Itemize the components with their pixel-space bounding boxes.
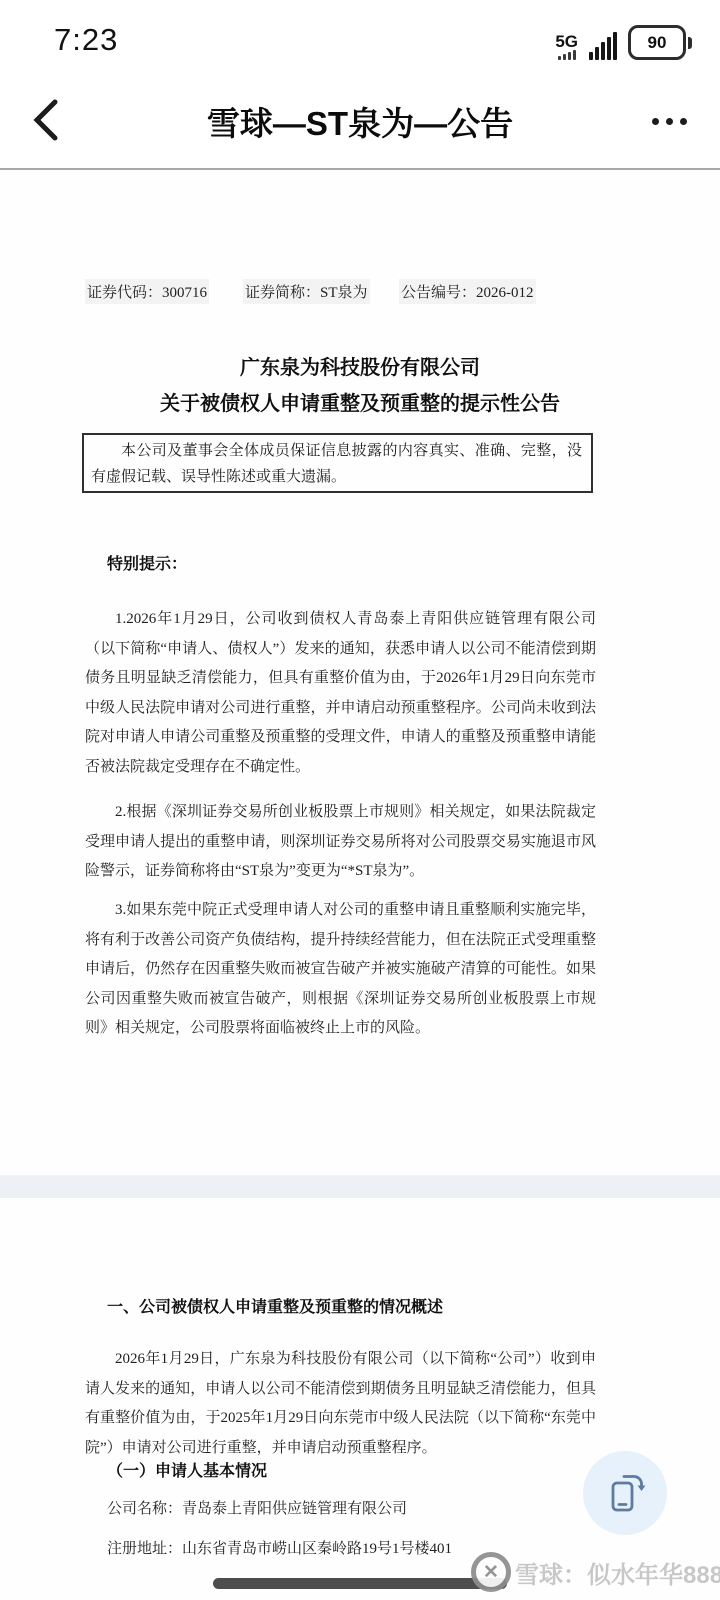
secondary-signal-icon: [558, 50, 576, 60]
app-bar: 雪球—ST泉为—公告: [0, 76, 720, 168]
status-bar: 7:23 5G 90: [0, 0, 720, 76]
stock-code: 证券代码：300716: [85, 279, 209, 304]
gesture-navigation-bar[interactable]: [213, 1578, 507, 1589]
signal-bars-icon: [589, 32, 617, 60]
applicant-company-name: 公司名称：青岛泰上青阳供应链管理有限公司: [107, 1497, 407, 1518]
status-icons: 5G 90: [555, 24, 692, 60]
subsection-heading: （一）申请人基本情况: [107, 1458, 267, 1481]
announcement-document[interactable]: 证券代码：300716 证券简称：ST泉为 公告编号：2026-012 广东泉为…: [0, 170, 720, 1600]
more-menu-button[interactable]: [640, 96, 698, 146]
chevron-left-icon: [33, 99, 59, 141]
notice-paragraph-1: 1.2026年1月29日，公司收到债权人青岛泰上青阳供应链管理有限公司（以下简称…: [85, 605, 596, 783]
page-title: 雪球—ST泉为—公告: [90, 98, 630, 145]
back-button[interactable]: [20, 88, 72, 152]
page-break-separator: [0, 1175, 720, 1198]
network-type-indicator: 5G: [555, 33, 578, 60]
rotate-screen-button[interactable]: [583, 1451, 667, 1535]
status-time: 7:23: [54, 22, 118, 58]
company-name-title: 广东泉为科技股份有限公司: [0, 351, 720, 380]
xueqiu-logo-icon: ✕: [471, 1552, 511, 1592]
notice-paragraph-3: 3.如果东莞中院正式受理申请人对公司的重整申请且重整顺利实施完毕，将有利于改善公…: [85, 896, 596, 1044]
battery-level: 90: [648, 33, 667, 53]
section-1-heading: 一、公司被债权人申请重整及预重整的情况概述: [107, 1294, 443, 1317]
special-notice-heading: 特别提示：: [107, 551, 187, 574]
stock-name: 证券简称：ST泉为: [243, 279, 370, 304]
rotate-phone-icon: [601, 1469, 649, 1517]
watermark-text: 雪球：似水年华8888: [515, 1555, 720, 1590]
battery-nub: [688, 37, 692, 49]
applicant-registered-address: 注册地址：山东省青岛市崂山区秦岭路19号1号楼401: [107, 1537, 452, 1558]
disclosure-statement-box: 本公司及董事会全体成员保证信息披露的内容真实、准确、完整，没有虚假记载、误导性陈…: [82, 433, 593, 493]
battery-icon: 90: [628, 25, 692, 60]
network-type-label: 5G: [555, 33, 578, 50]
announcement-number: 公告编号：2026-012: [399, 279, 536, 304]
notice-paragraph-2: 2.根据《深圳证券交易所创业板股票上市规则》相关规定，如果法院裁定受理申请人提出…: [85, 798, 596, 887]
section-1-paragraph: 2026年1月29日，广东泉为科技股份有限公司（以下简称“公司”）收到申请人发来…: [85, 1345, 596, 1463]
phone-screen: 7:23 5G 90 雪球—ST泉为—公告: [0, 0, 720, 1600]
watermark: ✕ 雪球：似水年华8888: [471, 1552, 720, 1592]
announcement-title: 关于被债权人申请重整及预重整的提示性公告: [0, 387, 720, 416]
ellipsis-icon: [652, 118, 659, 125]
